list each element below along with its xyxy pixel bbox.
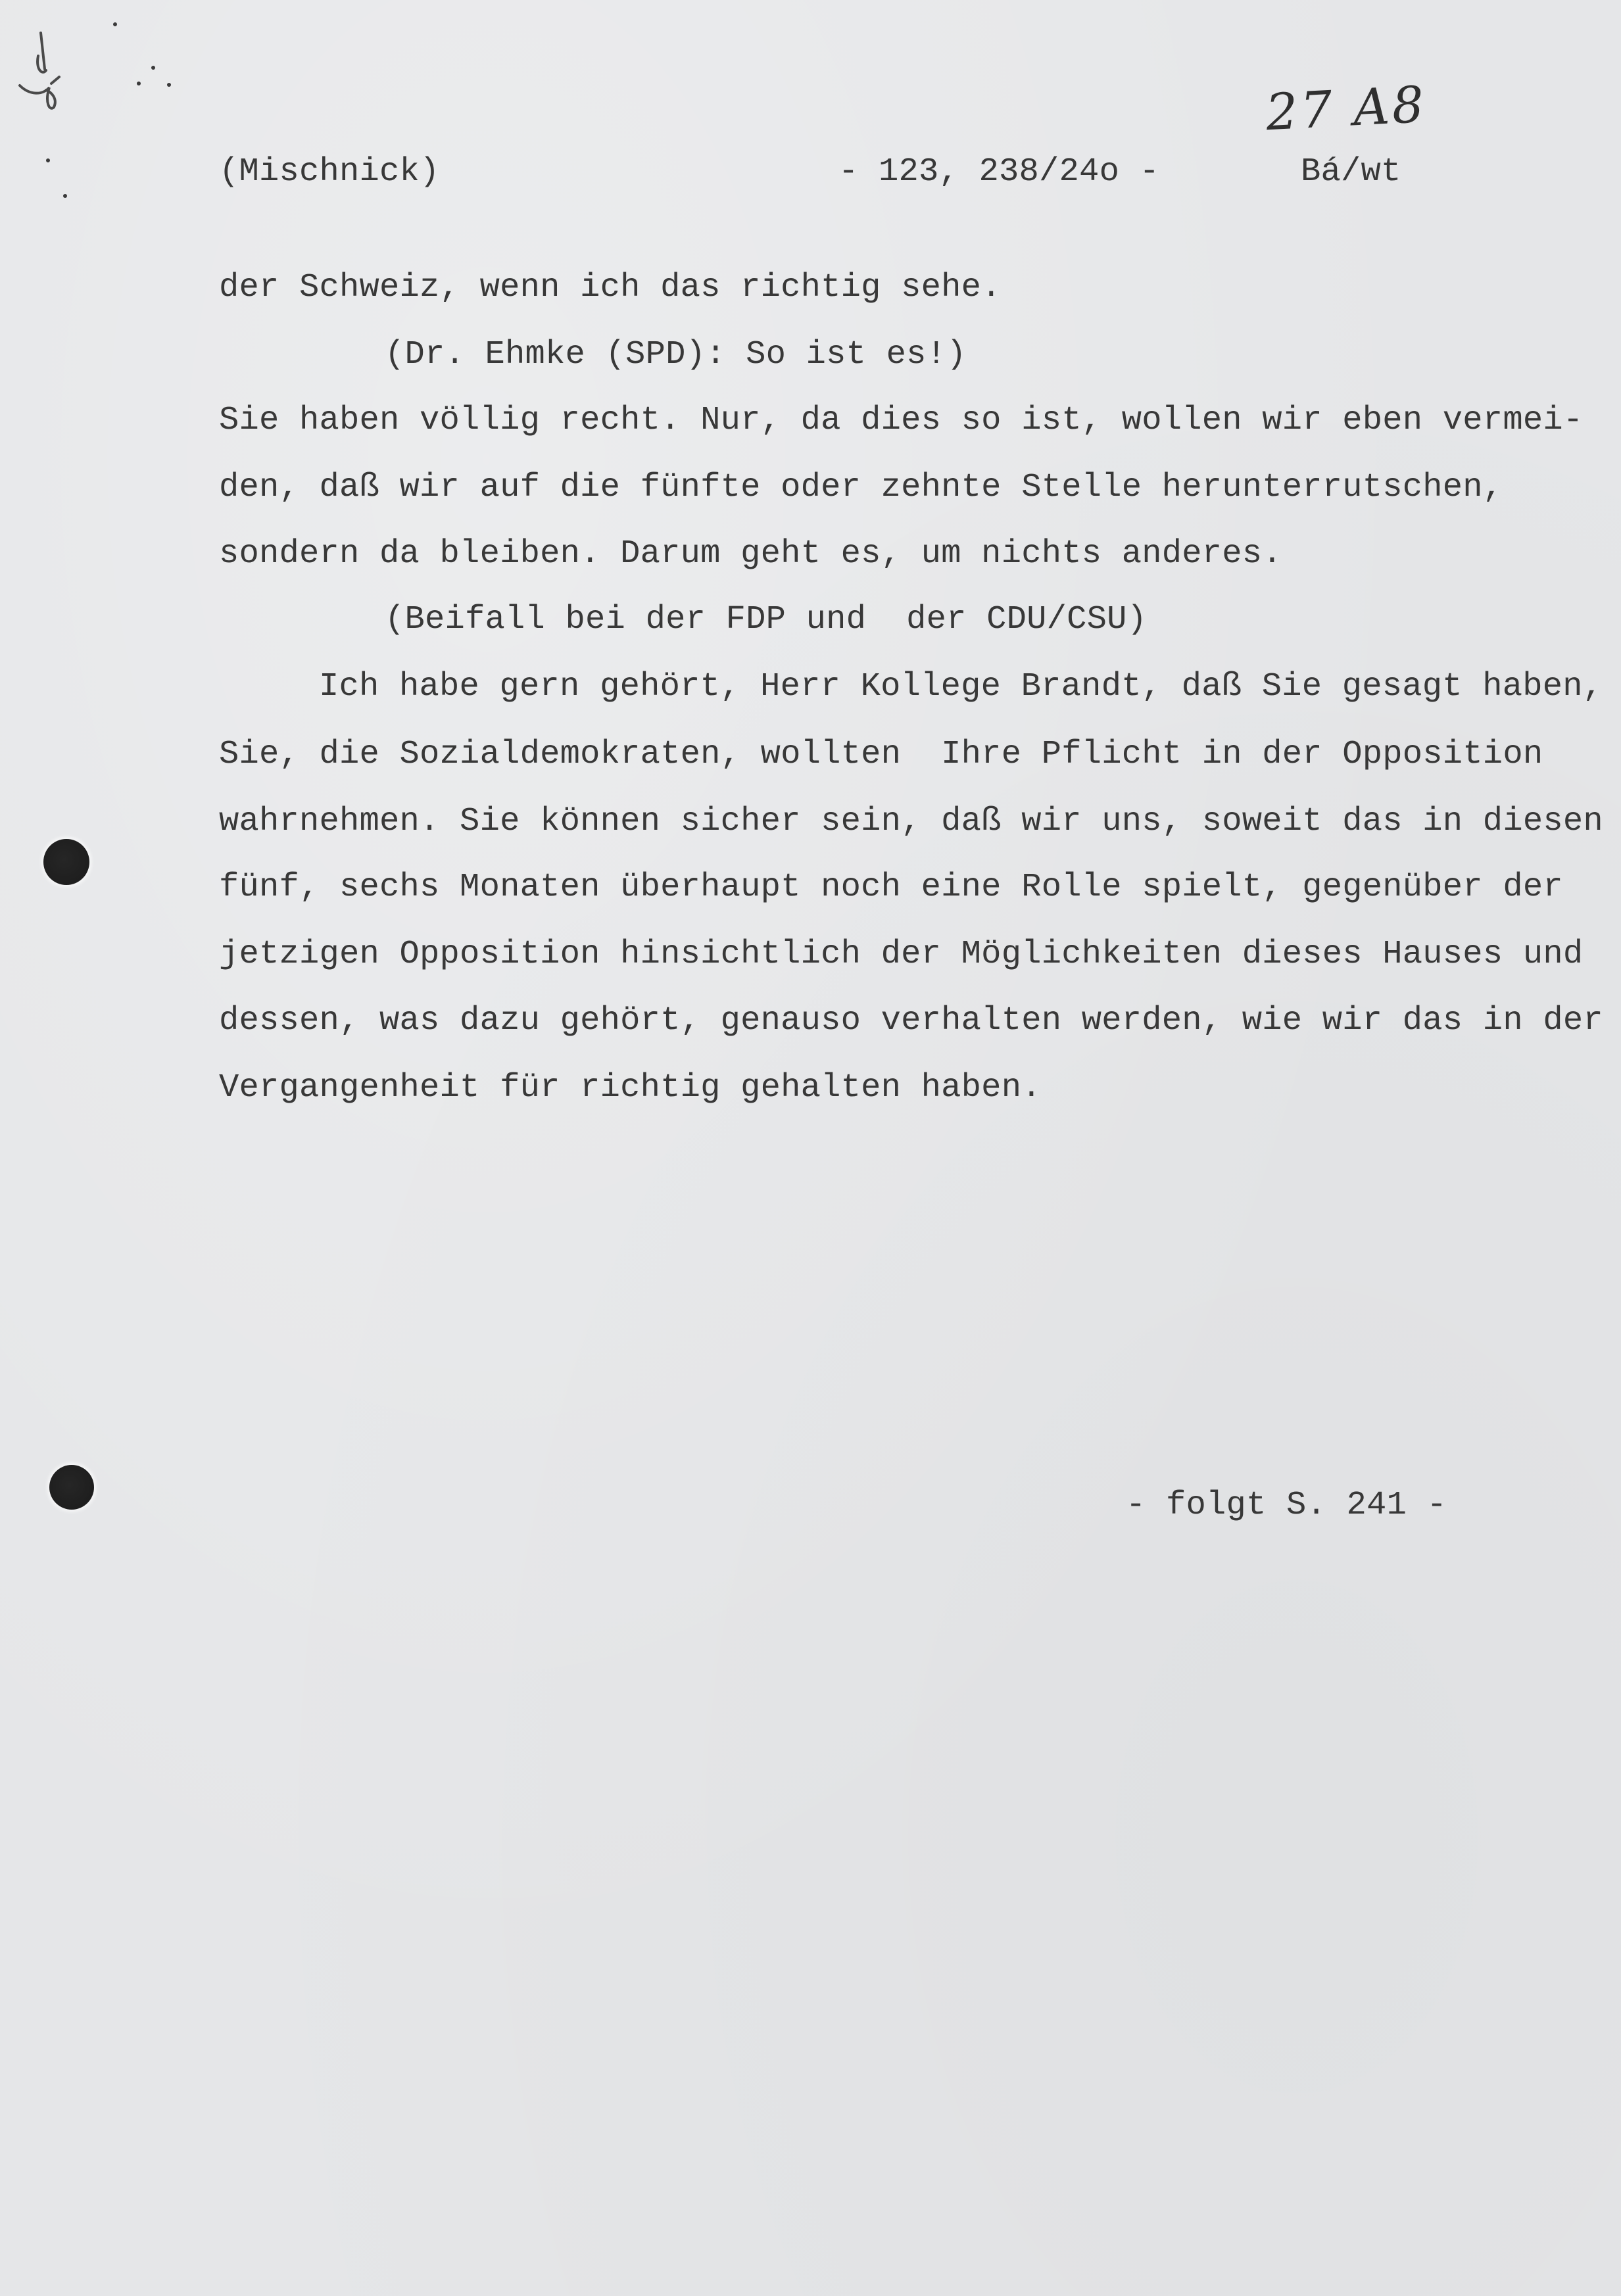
- document-page: 27 A8 (Mischnick) - 123, 238/24o - Bá/wt…: [0, 0, 1621, 2296]
- punch-hole: [49, 1465, 94, 1510]
- staple-mark: [46, 158, 50, 162]
- handwritten-page-number: 27 A8: [1265, 75, 1428, 142]
- body-line: Sie haben völlig recht. Nur, da dies so …: [219, 401, 1583, 441]
- body-line: sondern da bleiben. Darum geht es, um ni…: [219, 535, 1282, 574]
- staple-mark: [63, 194, 67, 198]
- body-line: dessen, was dazu gehört, genauso verhalt…: [219, 1001, 1603, 1041]
- punch-hole: [43, 839, 89, 885]
- body-line: der Schweiz, wenn ich das richtig sehe.: [219, 268, 1002, 308]
- staple-mark: [137, 82, 141, 85]
- page-reference: - 123, 238/24o -: [838, 153, 1159, 192]
- speaker-name: (Mischnick): [219, 153, 440, 192]
- staple-mark: [113, 22, 117, 26]
- body-line: den, daß wir auf die fünfte oder zehnte …: [219, 468, 1503, 508]
- handwritten-initials-mark: [13, 30, 79, 128]
- body-line: jetzigen Opposition hinsichtlich der Mög…: [219, 935, 1583, 974]
- interjection: (Dr. Ehmke (SPD): So ist es!): [385, 335, 967, 375]
- body-line: wahrnehmen. Sie können sicher sein, daß …: [219, 802, 1603, 842]
- body-line: Vergangenheit für richtig gehalten haben…: [219, 1068, 1042, 1108]
- staple-mark: [151, 66, 155, 70]
- staple-mark: [167, 83, 171, 87]
- continuation-note: - folgt S. 241 -: [1126, 1486, 1447, 1525]
- body-line: Sie, die Sozialdemokraten, wollten Ihre …: [219, 735, 1543, 775]
- typist-initials: Bá/wt: [1301, 153, 1401, 192]
- body-line: Ich habe gern gehört, Herr Kollege Brand…: [319, 667, 1603, 707]
- body-line: fünf, sechs Monaten überhaupt noch eine …: [219, 868, 1563, 907]
- interjection: (Beifall bei der FDP und der CDU/CSU): [385, 600, 1147, 640]
